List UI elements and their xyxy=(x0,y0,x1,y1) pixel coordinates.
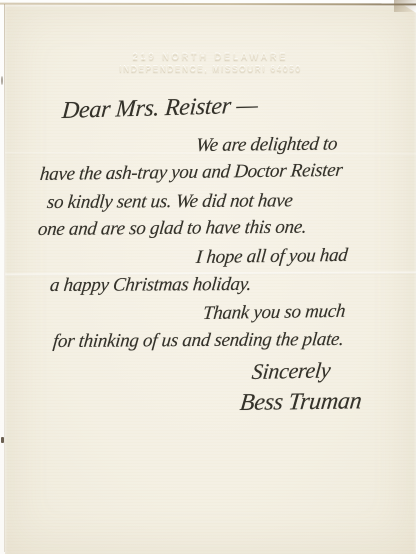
body-line: have the ash-tray you and Doctor Reister xyxy=(39,160,343,186)
letterhead-address-line1: 219 NORTH DELAWARE xyxy=(5,52,416,62)
body-line: a happy Christmas holiday. xyxy=(49,274,252,297)
body-line: for thinking of us and sending the plate… xyxy=(52,329,345,353)
body-line: Thank you so much xyxy=(202,301,346,325)
body-line: We are delighted to xyxy=(195,134,338,158)
letterhead-address-line2: INDEPENDENCE, MISSOURI 64050 xyxy=(5,65,416,74)
closing: Sincerely xyxy=(251,357,332,385)
embossed-letterhead: 219 NORTH DELAWARE INDEPENDENCE, MISSOUR… xyxy=(5,52,416,74)
body-line: so kindly sent us. We did not have xyxy=(46,190,294,214)
paper-left-edge xyxy=(4,4,5,552)
letter-paper: 219 NORTH DELAWARE INDEPENDENCE, MISSOUR… xyxy=(5,4,416,554)
body-line: I hope all of you had xyxy=(195,245,348,269)
scan-speck xyxy=(1,437,4,443)
signature: Bess Truman xyxy=(239,388,363,417)
salutation: Dear Mrs. Reister — xyxy=(61,93,259,126)
body-line: one and are so glad to have this one. xyxy=(37,217,308,241)
paper-corner-shadow xyxy=(394,0,416,12)
scanned-letter-page: 219 NORTH DELAWARE INDEPENDENCE, MISSOUR… xyxy=(0,0,416,554)
scan-speck xyxy=(1,76,3,85)
